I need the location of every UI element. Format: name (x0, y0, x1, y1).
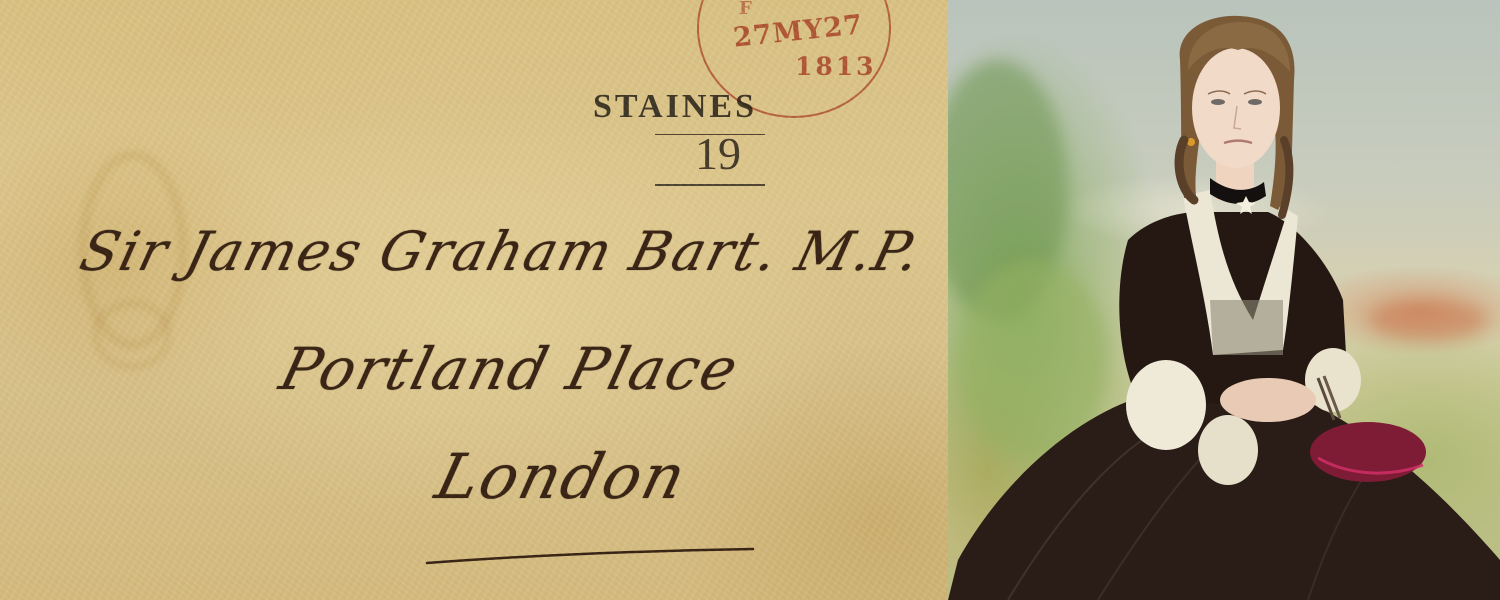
hands (1220, 378, 1316, 422)
address-line-street: Portland Place (274, 335, 747, 403)
watermark-stain (92, 300, 172, 370)
letter-cover: F 27MY27 1813 STAINES 19 Sir James Graha… (0, 0, 948, 600)
image-composite: F 27MY27 1813 STAINES 19 Sir James Graha… (0, 0, 1500, 600)
portrait-photo (948, 0, 1500, 600)
lace-cuff-left (1126, 360, 1206, 450)
address-line-city: London (429, 440, 695, 513)
postmark-year: 1813 (795, 52, 877, 81)
address-line-name: Sir James Graham Bart. M.P. (74, 220, 928, 283)
portrait-figure (948, 0, 1500, 600)
rate-stamp: 19 (668, 130, 768, 178)
rate-stamp-rule-bottom (655, 184, 765, 186)
underline-flourish (425, 545, 755, 567)
postmark-top: F (739, 0, 752, 19)
town-stamp: STAINES (593, 88, 757, 126)
